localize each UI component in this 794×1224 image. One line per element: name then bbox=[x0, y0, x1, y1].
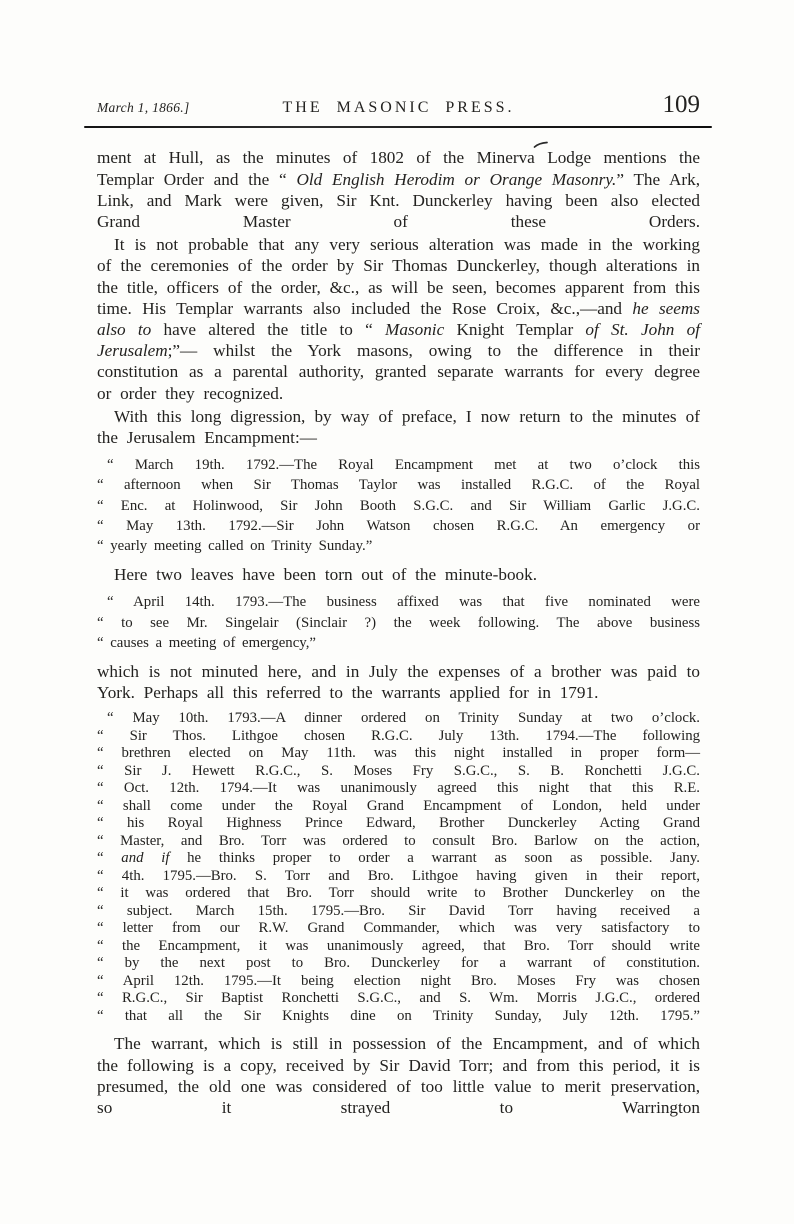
text-run: “ yearly meeting called on Trinity Sunda… bbox=[97, 538, 372, 554]
paragraph: Here two leaves have been torn out of th… bbox=[97, 564, 700, 585]
quote-line: “ Enc. at Holinwood, Sir John Booth S.G.… bbox=[97, 496, 700, 516]
quote-line: “ by the next post to Bro. Dunckerley fo… bbox=[97, 955, 700, 973]
text-run: It is not probable that any very serious… bbox=[97, 235, 700, 318]
text-run: “ brethren elected on May 11th. was this… bbox=[97, 745, 700, 761]
text-run: “ that all the Sir Knights dine on Trini… bbox=[97, 1008, 700, 1024]
text-run: he thinks proper to order a warrant as s… bbox=[169, 850, 700, 866]
quote-line: “ Master, and Bro. Torr was ordered to c… bbox=[97, 833, 700, 851]
quote-line: “ April 12th. 1795.—It being election ni… bbox=[97, 973, 700, 991]
quote-line: “ 4th. 1795.—Bro. S. Torr and Bro. Lithg… bbox=[97, 868, 700, 886]
text-run: “ April 12th. 1795.—It being election ni… bbox=[97, 973, 700, 989]
quote-line: “ afternoon when Sir Thomas Taylor was i… bbox=[97, 475, 700, 495]
text-run: With this long digression, by way of pre… bbox=[97, 407, 700, 447]
italic-text-run: Masonic bbox=[385, 320, 444, 339]
text-run: “ by the next post to Bro. Dunckerley fo… bbox=[97, 955, 700, 971]
quote-line: “ Sir Thos. Lithgoe chosen R.G.C. July 1… bbox=[97, 728, 700, 746]
ink-flick-artifact bbox=[533, 136, 549, 144]
text-run: “ Master, and Bro. Torr was ordered to c… bbox=[97, 833, 700, 849]
text-run: “ his Royal Highness Prince Edward, Brot… bbox=[97, 815, 700, 831]
text-run: “ May 10th. 1793.—A dinner ordered on Tr… bbox=[107, 710, 700, 726]
text-run: “ April 14th. 1793.—The business affixed… bbox=[107, 594, 700, 610]
quote-line: “ Oct. 12th. 1794.—It was unanimously ag… bbox=[97, 780, 700, 798]
italic-text-run: Old English Herodim or Orange Masonry. bbox=[296, 170, 616, 189]
quote-line: “ letter from our R.W. Grand Commander, … bbox=[97, 920, 700, 938]
issue-date: March 1, 1866.] bbox=[97, 100, 282, 116]
journal-title: THE MASONIC PRESS. bbox=[282, 99, 514, 117]
paragraph: It is not probable that any very serious… bbox=[97, 234, 700, 404]
text-run: “ R.G.C., Sir Baptist Ronchetti S.G.C., … bbox=[97, 990, 700, 1006]
document-page: March 1, 1866.] THE MASONIC PRESS. 109 m… bbox=[0, 0, 794, 1224]
page-number: 109 bbox=[663, 92, 701, 117]
text-run: “ to see Mr. Singelair (Sinclair ?) the … bbox=[97, 615, 700, 631]
text-run: have altered the title to “ bbox=[151, 320, 385, 339]
text-run: “ May 13th. 1792.—Sir John Watson chosen… bbox=[97, 518, 700, 534]
quote-line: “ his Royal Highness Prince Edward, Brot… bbox=[97, 815, 700, 833]
paragraph: which is not minuted here, and in July t… bbox=[97, 661, 700, 703]
quote-line: “ yearly meeting called on Trinity Sunda… bbox=[97, 536, 700, 556]
text-run: “ afternoon when Sir Thomas Taylor was i… bbox=[97, 477, 700, 493]
text-run: Knight Templar bbox=[444, 320, 585, 339]
paragraph: ment at Hull, as the minutes of 1802 of … bbox=[97, 147, 700, 232]
text-run: “ Sir J. Hewett R.G.C., S. Moses Fry S.G… bbox=[97, 763, 700, 779]
minutes-quote-block: “ April 14th. 1793.—The business affixed… bbox=[97, 592, 700, 653]
text-run: “ it was ordered that Bro. Torr should w… bbox=[97, 885, 700, 901]
text-run: “ Oct. 12th. 1794.—It was unanimously ag… bbox=[97, 780, 700, 796]
text-run: “ Enc. at Holinwood, Sir John Booth S.G.… bbox=[97, 498, 700, 514]
quote-line: “ May 10th. 1793.—A dinner ordered on Tr… bbox=[97, 710, 700, 728]
text-run: “ letter from our R.W. Grand Commander, … bbox=[97, 920, 700, 936]
paragraph: The warrant, which is still in possessio… bbox=[97, 1033, 700, 1118]
quote-line: “ brethren elected on May 11th. was this… bbox=[97, 745, 700, 763]
text-run: ;”— whilst the York masons, owing to the… bbox=[97, 341, 700, 402]
quote-line: “ that all the Sir Knights dine on Trini… bbox=[97, 1008, 700, 1026]
quote-line: “ the Encampment, it was unanimously agr… bbox=[97, 938, 700, 956]
text-run: “ the Encampment, it was unanimously agr… bbox=[97, 938, 700, 954]
quote-line: “ March 19th. 1792.—The Royal Encampment… bbox=[97, 455, 700, 475]
quote-line: “ shall come under the Royal Grand Encam… bbox=[97, 798, 700, 816]
quote-line: “ subject. March 15th. 1795.—Bro. Sir Da… bbox=[97, 903, 700, 921]
quote-line: “ causes a meeting of emergency,” bbox=[97, 633, 700, 653]
text-run: “ Sir Thos. Lithgoe chosen R.G.C. July 1… bbox=[97, 728, 700, 744]
text-run: “ March 19th. 1792.—The Royal Encampment… bbox=[107, 457, 700, 473]
page-header: March 1, 1866.] THE MASONIC PRESS. 109 bbox=[97, 92, 700, 117]
quote-line: “ it was ordered that Bro. Torr should w… bbox=[97, 885, 700, 903]
quote-line: “ to see Mr. Singelair (Sinclair ?) the … bbox=[97, 613, 700, 633]
minutes-quote-block: “ March 19th. 1792.—The Royal Encampment… bbox=[97, 455, 700, 556]
quote-line: “ April 14th. 1793.—The business affixed… bbox=[97, 592, 700, 612]
paragraph: With this long digression, by way of pre… bbox=[97, 406, 700, 448]
text-run: The warrant, which is still in possessio… bbox=[97, 1034, 700, 1117]
header-rule bbox=[84, 126, 712, 128]
text-run: which is not minuted here, and in July t… bbox=[97, 662, 700, 702]
italic-text-run: and if bbox=[121, 850, 169, 866]
text-run: Here two leaves have been torn out of th… bbox=[114, 565, 537, 584]
text-run: “ shall come under the Royal Grand Encam… bbox=[97, 798, 700, 814]
article-body: ment at Hull, as the minutes of 1802 of … bbox=[97, 147, 700, 1118]
quote-line: “ May 13th. 1792.—Sir John Watson chosen… bbox=[97, 516, 700, 536]
quote-line: “ R.G.C., Sir Baptist Ronchetti S.G.C., … bbox=[97, 990, 700, 1008]
text-run: “ causes a meeting of emergency,” bbox=[97, 635, 316, 651]
quote-line: “ Sir J. Hewett R.G.C., S. Moses Fry S.G… bbox=[97, 763, 700, 781]
minutes-quote-block: “ May 10th. 1793.—A dinner ordered on Tr… bbox=[97, 710, 700, 1025]
text-run: “ 4th. 1795.—Bro. S. Torr and Bro. Lithg… bbox=[97, 868, 700, 884]
text-run: “ subject. March 15th. 1795.—Bro. Sir Da… bbox=[97, 903, 700, 919]
quote-line: “ and if he thinks proper to order a war… bbox=[97, 850, 700, 868]
text-run: “ bbox=[97, 850, 121, 866]
